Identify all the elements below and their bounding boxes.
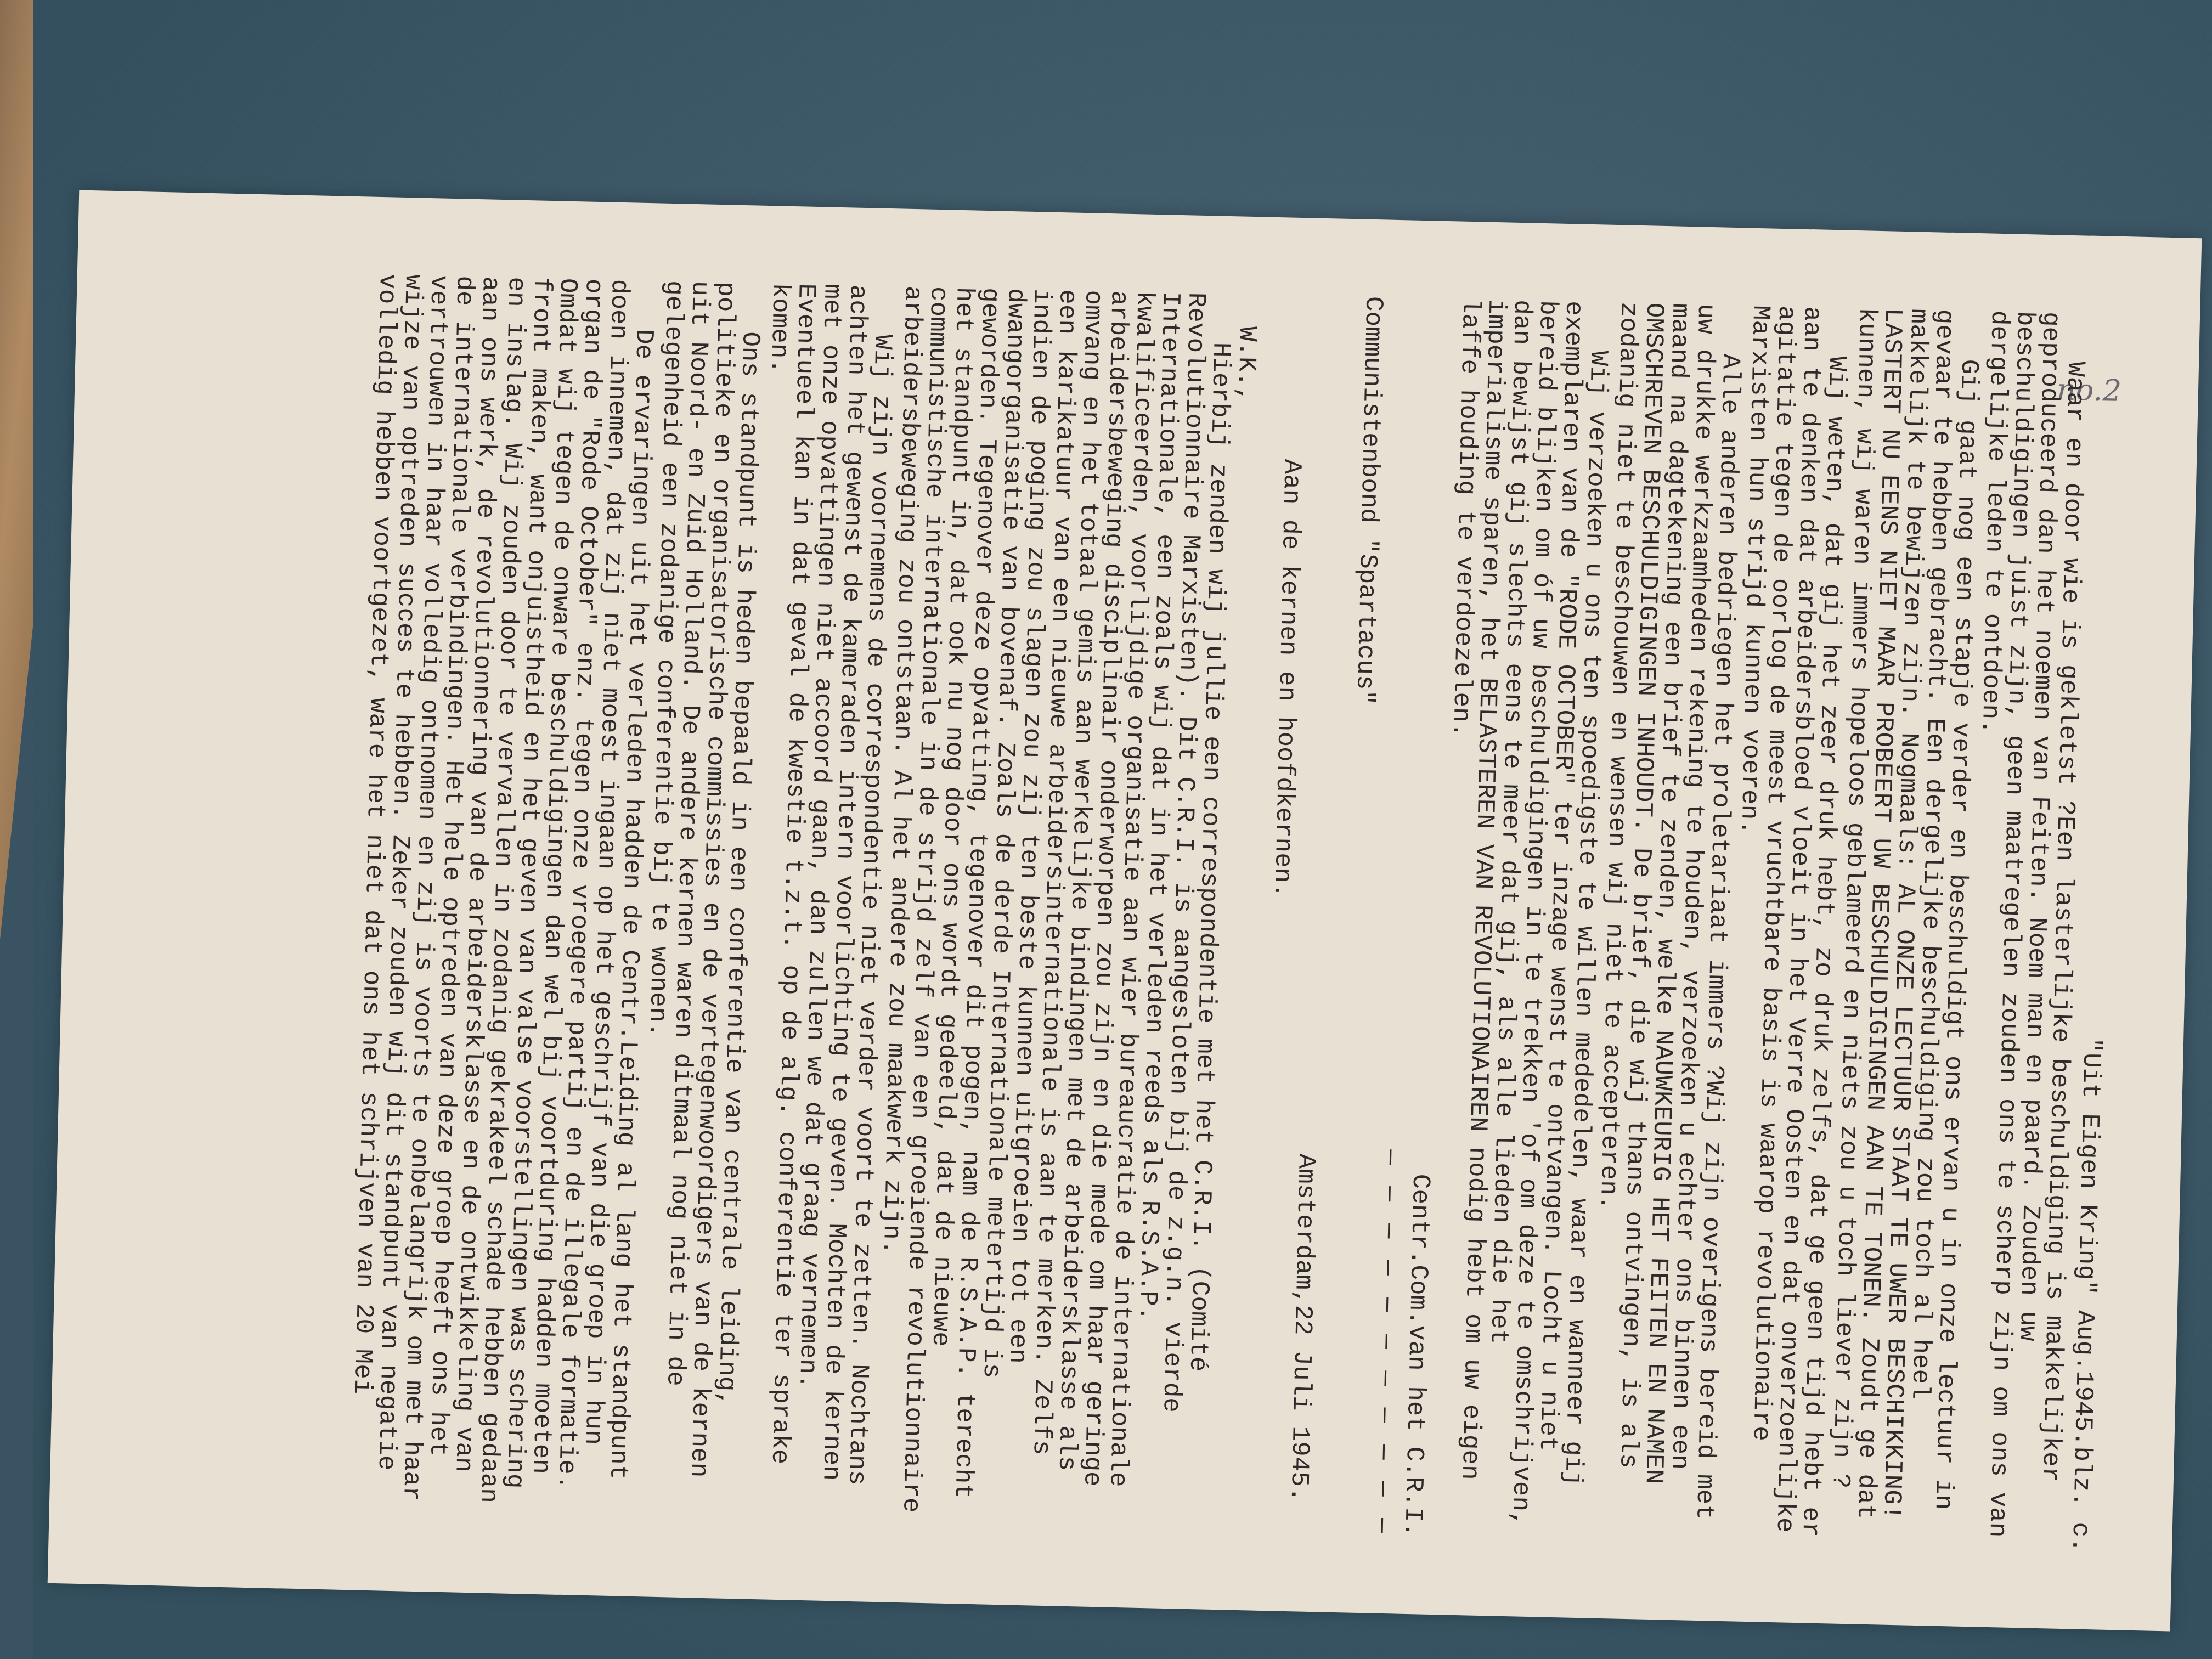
intro-paragraph: Alle anderen bedriegen het proletariaat … [1587, 302, 1744, 1544]
body-paragraph: De ervaringen uit het verleden hadden de… [346, 274, 658, 1520]
body-paragraph: Wij zijn voornemens de correspondentie n… [740, 283, 896, 1525]
typed-letter-sheet: no.2 "Uit Eigen Kring" Aug.1945.blz. c. … [48, 190, 2202, 1631]
letter-page: "Uit Eigen Kring" Aug.1945.blz. c. Waar … [95, 224, 2154, 1597]
intro-paragraph: Wij verzoeken u ons ten spoedigste te wi… [1429, 298, 1612, 1541]
intro-paragraph: Gij gaat nog een stapje verder en beschu… [1826, 307, 1983, 1550]
body-paragraph: Hierbij zenden wij jullie een correspond… [871, 285, 1234, 1532]
